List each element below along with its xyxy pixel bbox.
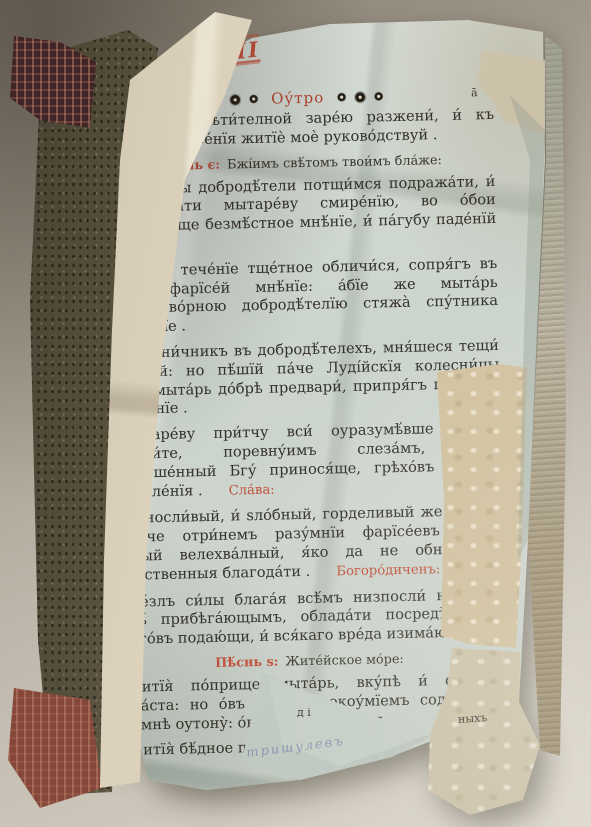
rosette-ornament-icon — [250, 95, 258, 103]
rubric-ode5-incipit: Бжі́имъ свѣ́томъ твои́мъ бла́же: — [227, 153, 442, 172]
rosette-ornament-icon — [337, 93, 345, 101]
headpiece-title: Оу́тро — [271, 88, 324, 108]
bogorodichen-rubric: Богоро́диченъ: — [336, 562, 440, 579]
rubric-ode6: Пѣ́снь ѕ:Жите́йское мо́ре: — [113, 649, 505, 674]
rosette-ornament-icon — [374, 92, 382, 100]
quire-signature-mark: а̄ — [471, 84, 478, 103]
torn-text-fragment: ныхъ — [458, 711, 488, 726]
slava-rubric: Сла́ва: — [228, 482, 274, 498]
catchword-fragment: д і — [297, 706, 311, 719]
rosette-ornament-icon — [230, 94, 241, 105]
rosette-ornament-icon — [354, 91, 365, 102]
photo-of-antique-book: 31/9 III а̄ Оу́тро моеа́ тму̀ свѣти́телн… — [0, 0, 591, 827]
rubric-ode6-incipit: Жите́йское мо́ре: — [285, 652, 404, 669]
rubric-ode6-label: Пѣ́снь ѕ: — [215, 655, 279, 671]
